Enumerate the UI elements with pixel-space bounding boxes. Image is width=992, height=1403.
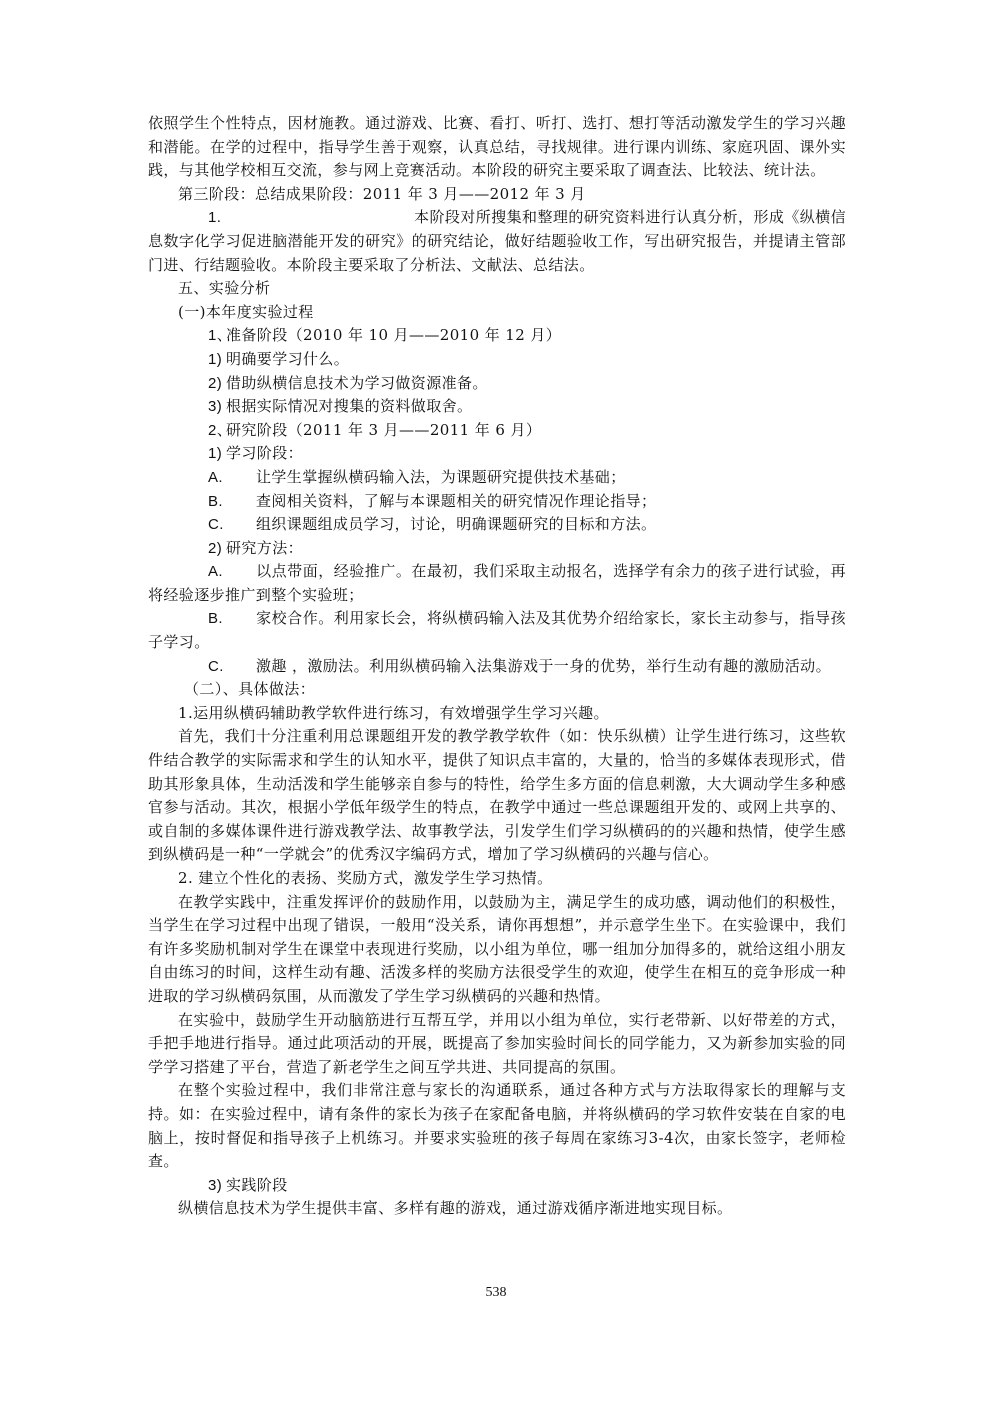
- item-text: 根据实际情况对搜集的资料做取舍。: [226, 397, 472, 415]
- list-item: C.激趣 ，激励法。利用纵横码输入法集游戏于一身的优势，举行生动有趣的激励活动。: [148, 655, 846, 679]
- list-item: B.家校合作。利用家长会，将纵横码输入法及其优势介绍给家长，家长主动参与，指导孩…: [148, 607, 846, 654]
- item-text: 实践阶段: [226, 1176, 288, 1194]
- subsection-heading: （二）、具体做法：: [148, 678, 846, 702]
- list-item: 3)根据实际情况对搜集的资料做取舍。: [148, 395, 846, 419]
- item-text: 组织课题组成员学习，讨论，明确课题研究的目标和方法。: [256, 515, 656, 533]
- item-text: 学习阶段：: [226, 444, 303, 462]
- list-item: A.让学生掌握纵横码输入法，为课题研究提供技术基础；: [148, 466, 846, 490]
- item-text: 查阅相关资料，了解与本课题相关的研究情况作理论指导；: [256, 492, 656, 510]
- item-label: 1): [178, 348, 226, 372]
- item-label: 2): [178, 372, 226, 396]
- list-item: 1)明确要学习什么。: [148, 348, 846, 372]
- phase-heading: 1、准备阶段（2010 年 10 月——2010 年 12 月）: [148, 324, 846, 348]
- item-label: 2): [178, 537, 226, 561]
- item-label: A.: [178, 560, 256, 584]
- subsection-heading: (一)本年度实验过程: [148, 301, 846, 325]
- item-text: 准备阶段（2010 年 10 月——2010 年 12 月）: [226, 326, 561, 344]
- stage-heading: 第三阶段：总结成果阶段：2011 年 3 月——2012 年 3 月: [148, 183, 846, 207]
- paragraph: 首先，我们十分注重利用总课题组开发的教学教学软件（如：快乐纵横）让学生进行练习，…: [148, 725, 846, 867]
- item-label: 1、: [178, 324, 226, 348]
- topic-heading: 2. 建立个性化的表扬、奖励方式，激发学生学习热情。: [148, 867, 846, 891]
- list-item: A.以点带面，经验推广。在最初，我们采取主动报名，选择学有余力的孩子进行试验，再…: [148, 560, 846, 607]
- topic-heading: 1.运用纵横码辅助教学软件进行练习，有效增强学生学习兴趣。: [148, 702, 846, 726]
- item-label: A.: [178, 466, 256, 490]
- item-label: 3): [178, 395, 226, 419]
- item-label: C.: [178, 513, 256, 537]
- item-text: 让学生掌握纵横码输入法，为课题研究提供技术基础；: [256, 468, 626, 486]
- item-label: B.: [178, 607, 256, 631]
- list-item: 2)研究方法：: [148, 537, 846, 561]
- paragraph: 纵横信息技术为学生提供丰富、多样有趣的游戏，通过游戏循序渐进地实现目标。: [148, 1197, 846, 1221]
- item-label: 2、: [178, 419, 226, 443]
- item-text: 借助纵横信息技术为学习做资源准备。: [226, 374, 488, 392]
- stage-item: 1.本阶段对所搜集和整理的研究资料进行认真分析，形成《纵横信息数字化学习促进脑潜…: [148, 206, 846, 277]
- page-number: 538: [0, 1285, 992, 1301]
- list-item: B.查阅相关资料，了解与本课题相关的研究情况作理论指导；: [148, 490, 846, 514]
- phase-heading: 2、研究阶段（2011 年 3 月——2011 年 6 月）: [148, 419, 846, 443]
- item-label: C.: [178, 655, 256, 679]
- list-item: 3)实践阶段: [148, 1174, 846, 1198]
- item-label: 3): [178, 1174, 226, 1198]
- item-label: 1): [178, 442, 226, 466]
- document-body: 依照学生个性特点，因材施教。通过游戏、比赛、看打、听打、选打、想打等活动激发学生…: [148, 112, 846, 1221]
- item-label: 1.: [178, 206, 414, 230]
- item-label: B.: [178, 490, 256, 514]
- section-heading: 五、实验分析: [148, 277, 846, 301]
- paragraph: 在教学实践中，注重发挥评价的鼓励作用，以鼓励为主，满足学生的成功感，调动他们的积…: [148, 891, 846, 1009]
- item-text: 研究方法：: [226, 539, 303, 557]
- list-item: 2)借助纵横信息技术为学习做资源准备。: [148, 372, 846, 396]
- paragraph: 在整个实验过程中，我们非常注意与家长的沟通联系，通过各种方式与方法取得家长的理解…: [148, 1079, 846, 1173]
- paragraph: 依照学生个性特点，因材施教。通过游戏、比赛、看打、听打、选打、想打等活动激发学生…: [148, 112, 846, 183]
- item-text: 激趣 ，激励法。利用纵横码输入法集游戏于一身的优势，举行生动有趣的激励活动。: [256, 657, 831, 675]
- list-item: C.组织课题组成员学习，讨论，明确课题研究的目标和方法。: [148, 513, 846, 537]
- item-text: 明确要学习什么。: [226, 350, 349, 368]
- list-item: 1)学习阶段：: [148, 442, 846, 466]
- paragraph: 在实验中，鼓励学生开动脑筋进行互帮互学，并用以小组为单位，实行老带新、以好带差的…: [148, 1009, 846, 1080]
- item-text: 研究阶段（2011 年 3 月——2011 年 6 月）: [226, 421, 541, 439]
